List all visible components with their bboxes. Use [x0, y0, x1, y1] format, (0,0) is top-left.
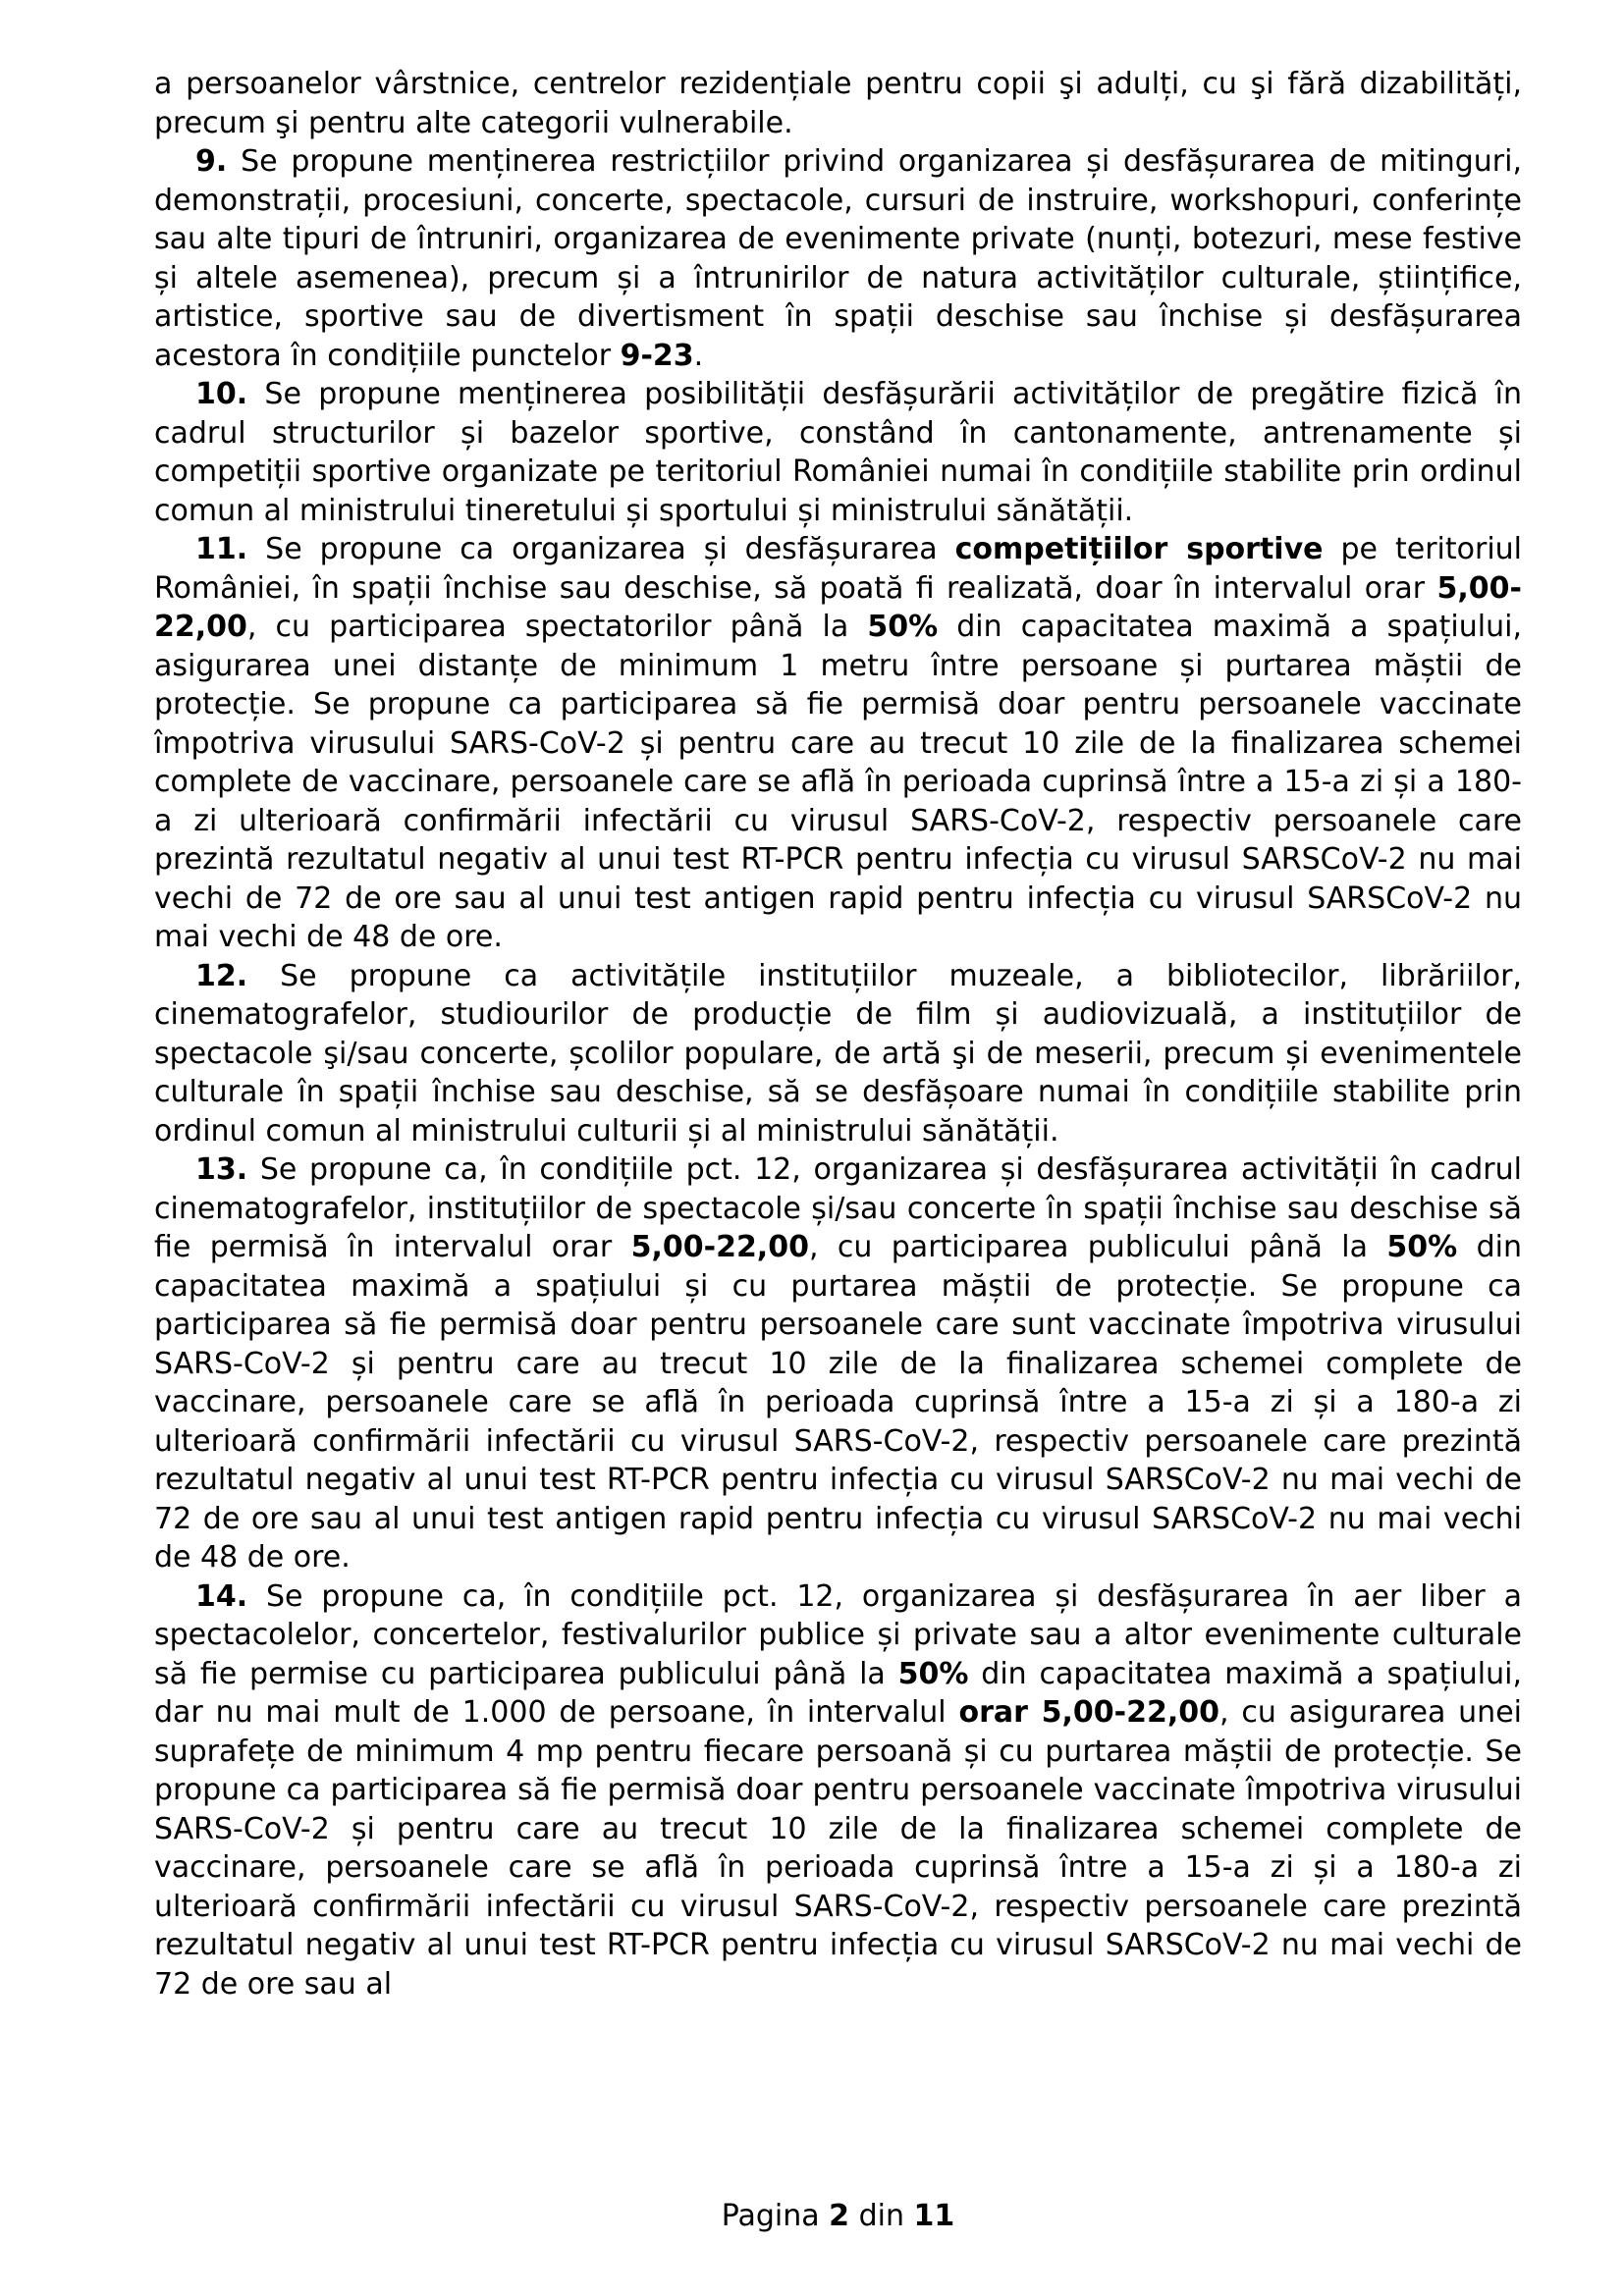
text-run: Se propune ca activitățile instituțiilor…: [154, 959, 1522, 1148]
bold-text-run: orar 5,00-22,00: [958, 1695, 1219, 1730]
bold-text-run: competițiilor sportive: [955, 532, 1324, 566]
bold-text-run: 2: [829, 2199, 849, 2233]
text-run: , cu participarea publicului până la: [809, 1230, 1386, 1264]
bold-text-run: 50%: [898, 1657, 969, 1691]
text-run: , cu asigurarea unei suprafețe de minimu…: [154, 1695, 1522, 2002]
bold-text-run: 9.: [195, 144, 227, 179]
text-run: Pagina: [722, 2199, 829, 2233]
bold-text-run: 9-23: [621, 339, 694, 373]
point-11-paragraph: 11. Se propune ca organizarea și desfășu…: [154, 530, 1522, 957]
bold-text-run: 13.: [195, 1152, 247, 1187]
text-run: Se propune menținerea posibilității desf…: [154, 377, 1522, 528]
bold-text-run: 5,00-22,00: [631, 1230, 809, 1264]
bold-text-run: 12.: [195, 959, 247, 993]
point-12-paragraph: 12. Se propune ca activitățile instituți…: [154, 957, 1522, 1151]
document-page: a persoanelor vârstnice, centrelor rezid…: [0, 0, 1624, 2296]
continuation-paragraph: a persoanelor vârstnice, centrelor rezid…: [154, 65, 1522, 142]
page-footer: Pagina 2 din 11: [154, 2197, 1522, 2236]
document-text: a persoanelor vârstnice, centrelor rezid…: [154, 65, 1522, 2003]
point-14-paragraph: 14. Se propune ca, în condițiile pct. 12…: [154, 1577, 1522, 2004]
bold-text-run: 50%: [867, 610, 938, 644]
bold-text-run: 14.: [195, 1579, 247, 1614]
text-run: din: [849, 2199, 913, 2233]
text-run: a persoanelor vârstnice, centrelor rezid…: [154, 67, 1522, 140]
point-9-paragraph: 9. Se propune menținerea restricțiilor p…: [154, 142, 1522, 375]
text-run: , cu participarea spectatorilor până la: [247, 610, 867, 644]
text-run: Se propune menținerea restricțiilor priv…: [154, 144, 1522, 373]
text-run: Se propune ca organizarea și desfășurare…: [247, 532, 954, 566]
text-run: din capacitatea maximă a spațiului, asig…: [154, 610, 1522, 954]
bold-text-run: 50%: [1386, 1230, 1457, 1264]
point-10-paragraph: 10. Se propune menținerea posibilității …: [154, 375, 1522, 530]
text-run: .: [694, 339, 704, 373]
point-13-paragraph: 13. Se propune ca, în condițiile pct. 12…: [154, 1150, 1522, 1577]
bold-text-run: 10.: [195, 377, 247, 411]
bold-text-run: 11.: [195, 532, 247, 566]
text-run: din capacitatea maximă a spațiului și cu…: [154, 1230, 1522, 1575]
bold-text-run: 11: [914, 2199, 955, 2233]
